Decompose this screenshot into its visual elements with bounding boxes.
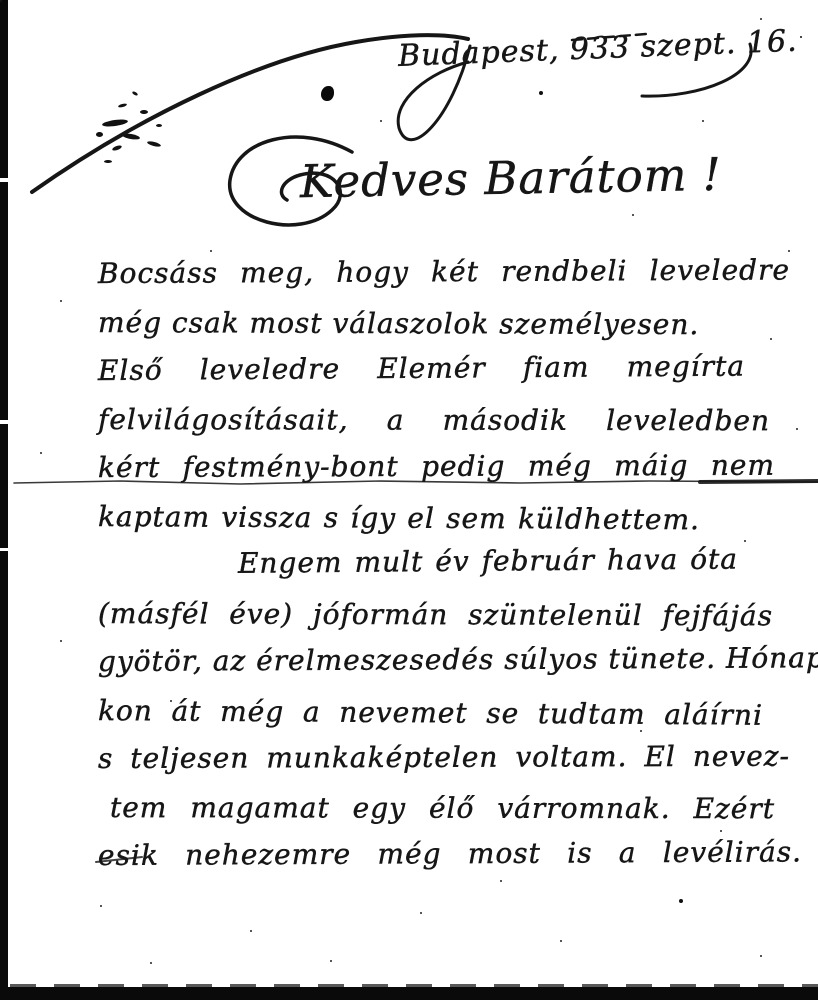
handwriting-line: Bocsáss meg, hogy két rendbeli leveledre xyxy=(98,246,790,298)
handwriting-line: Engem mult év február hava óta xyxy=(98,535,738,589)
scan-border-gap xyxy=(0,420,8,424)
greeting-line: Kedves Barátom ! xyxy=(300,149,663,208)
ink-blot xyxy=(321,86,334,101)
scan-border-bottom-fray xyxy=(10,984,818,987)
ink-smudge xyxy=(92,82,202,177)
handwriting-line: felvilágosításait, a második leveledben xyxy=(98,396,770,446)
handwriting-line: még csak most válaszolok személyesen. xyxy=(98,299,650,349)
handwriting-line: esik nehezemre még most is a levélirás. xyxy=(98,828,802,880)
scan-border-bottom xyxy=(6,987,818,1000)
handwriting-line: kon át még a nevemet se tudtam aláírni xyxy=(98,687,763,740)
handwriting-line: gyötör, az érelmeszesedés súlyos tünete.… xyxy=(98,634,800,686)
handwriting-line: s teljesen munkaképtelen voltam. El neve… xyxy=(98,733,790,784)
letter-body: Bocsáss meg, hogy két rendbeli leveledre… xyxy=(98,250,808,881)
handwriting-line: tem magamat egy élő várromnak. Ezért xyxy=(98,784,775,834)
handwriting-line: (másfél éve) jóformán szüntelenül fejfáj… xyxy=(98,590,773,641)
date-line: Budapest, 933 szept. 16. xyxy=(397,25,758,74)
scan-border-gap xyxy=(0,548,8,551)
handwriting-line: Első leveledre Elemér fiam megírta xyxy=(98,342,745,395)
scanned-letter-page: Budapest, 933 szept. 16. Kedves Barátom … xyxy=(0,0,818,1000)
scan-border-gap xyxy=(0,178,8,182)
scan-border-left xyxy=(0,0,8,1000)
scan-specks xyxy=(0,0,2,2)
handwriting-line: kért festmény-bont pedig még máig nem xyxy=(98,442,775,493)
